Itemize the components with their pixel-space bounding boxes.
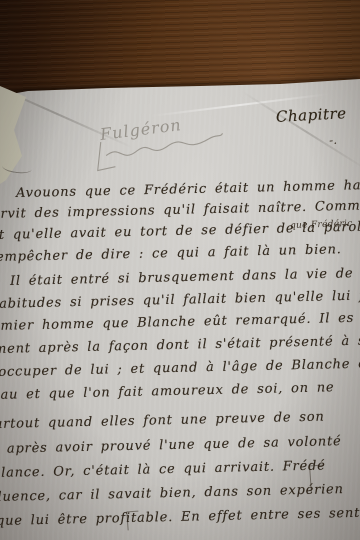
- manuscript-line: ulance. Or, c'était là ce qui arrivait. …: [0, 458, 326, 481]
- manuscript-line: 'occuper de lui ; et quand à l'âge de Bl…: [0, 357, 360, 381]
- manuscript-line: empêcher de dire : ce qui a fait là un b…: [0, 242, 342, 265]
- manuscript-line: ervit des impressions qu'il faisait naît…: [0, 197, 360, 222]
- manuscript-line: ment après la façon dont il s'était prés…: [0, 334, 360, 358]
- manuscript-line: Il était entré si brusquement dans la vi…: [10, 265, 360, 290]
- handwriting-layer: Chapitre -. que Frédéric Avouons que ce …: [0, 0, 360, 540]
- manuscript-line: fluence, car il savait bien, dans son ex…: [0, 482, 344, 506]
- manuscript-line: eau et que l'on fait amoureux de soi, on…: [0, 380, 335, 403]
- heading-dash: -.: [328, 134, 337, 147]
- manuscript-line: habitudes si prises qu'il fallait bien q…: [0, 288, 360, 312]
- manuscript-line: que lui être profitable. En effet entre …: [0, 506, 360, 530]
- manuscript-line: emier homme que Blanche eût remarqué. Il…: [0, 311, 354, 335]
- manuscript-line: it qu'elle avait eu tort de se défier de…: [0, 218, 360, 244]
- manuscript-line: Avouons que ce Frédéric était un homme h…: [16, 176, 360, 202]
- manuscript-photo: Fulgéron Chapitre -. que Frédéric Avouon…: [0, 0, 360, 540]
- manuscript-line: r après avoir prouvé l'une que de sa vol…: [0, 434, 342, 458]
- chapter-heading: Chapitre: [276, 106, 347, 125]
- manuscript-line: urtout quand elles font une preuve de so…: [0, 409, 325, 432]
- manuscript-line-text: it qu'elle avait eu tort de se défier de…: [0, 219, 360, 243]
